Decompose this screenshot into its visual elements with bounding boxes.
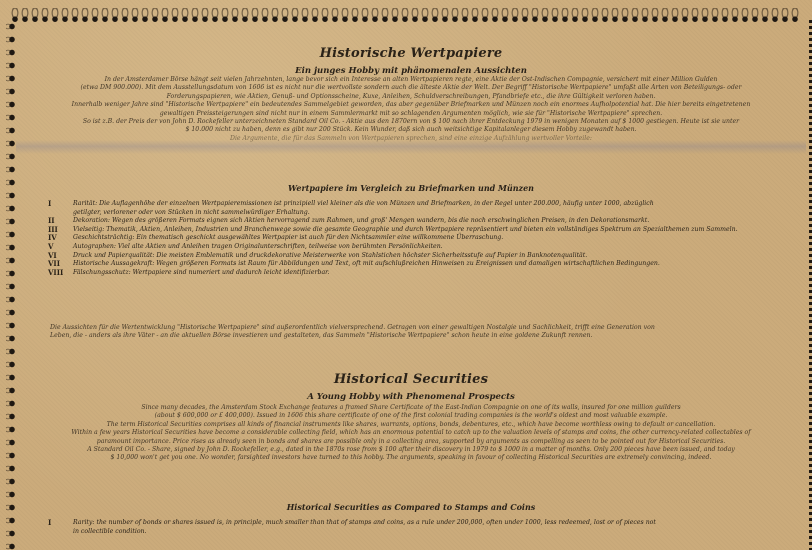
german-closing-line: Die Aussichten für die Wertentwicklung "… (50, 324, 790, 332)
german-subtitle: Ein junges Hobby mit phänomenalen Aussic… (16, 66, 806, 76)
list-item-text: Druck und Papierqualität: Die meisten Em… (73, 252, 788, 261)
english-intro-line: Since many decades, the Amsterdam Stock … (34, 404, 788, 412)
list-item-number: VIII (48, 269, 73, 278)
english-comparison-list: I Rarity: the number of bonds or shares … (48, 519, 788, 536)
english-subtitle: A Young Hobby with Phenomenal Prospects (16, 392, 806, 402)
english-intro-line: The term Historical Securities comprises… (34, 421, 788, 429)
english-intro-line: A Standard Oil Co. - Share, signed by Jo… (34, 446, 788, 454)
english-intro-line: (about $ 600,000 or £ 400,000). Issued i… (34, 412, 788, 420)
list-item-text: Dekoration: Wegen des größeren Formats e… (73, 217, 788, 226)
german-title: Historische Wertpapiere (16, 46, 806, 61)
english-intro-paragraph: Since many decades, the Amsterdam Stock … (34, 404, 788, 463)
german-intro-line: gewaltigen Preissteigerungen sind nicht … (34, 110, 788, 118)
english-intro-line: $ 10,000 won't get you one. No wonder, f… (34, 454, 788, 462)
english-title: Historical Securities (16, 372, 806, 387)
list-item-text: in collectible condition. (73, 528, 788, 537)
list-item: V Autographen: Viel alte Aktien und Anle… (48, 243, 788, 252)
document-frame: Historische Wertpapiere Ein junges Hobby… (16, 22, 806, 550)
german-intro-line: Die Argumente, die für das Sammeln von W… (34, 135, 788, 143)
list-item: VI Druck und Papierqualität: Die meisten… (48, 252, 788, 261)
ornamental-border-left (6, 20, 16, 550)
list-item-text: Fälschungsschutz: Wertpapiere sind numer… (73, 269, 788, 278)
german-intro-line: In der Amsterdamer Börse hängt seit viel… (34, 76, 788, 84)
german-intro-line: Forderungspapieren, wie Aktien, Genuß- u… (34, 93, 788, 101)
list-item: I Rarität: Die Auflagenhöhe der einzelne… (48, 200, 788, 217)
german-intro-line: $ 10.000 nicht zu haben, denn es gibt nu… (34, 126, 788, 134)
english-intro-line: Within a few years Historical Securities… (34, 429, 788, 437)
list-item-text: Geschichtsträchtig: Ein thematisch gesch… (73, 234, 788, 243)
list-item: VII Historische Aussagekraft: Wegen größ… (48, 260, 788, 269)
list-item-text: Autographen: Viel alte Aktien und Anleih… (73, 243, 788, 252)
list-item-text: Historische Aussagekraft: Wegen größeren… (73, 260, 788, 269)
list-item-text: getilgter, verlorener oder von Stücken i… (73, 209, 788, 218)
list-item: I Rarity: the number of bonds or shares … (48, 519, 788, 536)
list-item: IV Geschichtsträchtig: Ein thematisch ge… (48, 234, 788, 243)
list-item-number: I (48, 200, 73, 217)
english-intro-line: paramount importance. Price rises as alr… (34, 438, 788, 446)
list-item: III Vielseitig: Thematik, Aktien, Anleih… (48, 226, 788, 235)
list-item-text: Vielseitig: Thematik, Aktien, Anleihen, … (73, 226, 788, 235)
german-intro-paragraph: In der Amsterdamer Börse hängt seit viel… (34, 76, 788, 143)
list-item-text: Rarität: Die Auflagenhöhe der einzelnen … (73, 200, 788, 209)
german-comparison-list: I Rarität: Die Auflagenhöhe der einzelne… (48, 200, 788, 277)
list-item: II Dekoration: Wegen des größeren Format… (48, 217, 788, 226)
english-comparison-heading: Historical Securities as Compared to Sta… (16, 502, 806, 512)
german-intro-line: Innerhalb weniger Jahre sind "Historisch… (34, 101, 788, 109)
list-item-text: Rarity: the number of bonds or shares is… (73, 519, 788, 528)
german-intro-line: So ist z.B. der Preis der von John D. Ro… (34, 118, 788, 126)
list-item-number: I (48, 519, 73, 536)
german-comparison-heading: Wertpapiere im Vergleich zu Briefmarken … (16, 183, 806, 193)
german-closing-line: Leben, die - anders als ihre Väter - an … (50, 332, 790, 340)
german-intro-line: (etwa DM 900.000). Mit dem Ausstellungsd… (34, 84, 788, 92)
ornamental-border-top (10, 8, 800, 22)
list-item: VIII Fälschungsschutz: Wertpapiere sind … (48, 269, 788, 278)
german-closing-paragraph: Die Aussichten für die Wertentwicklung "… (50, 324, 790, 341)
